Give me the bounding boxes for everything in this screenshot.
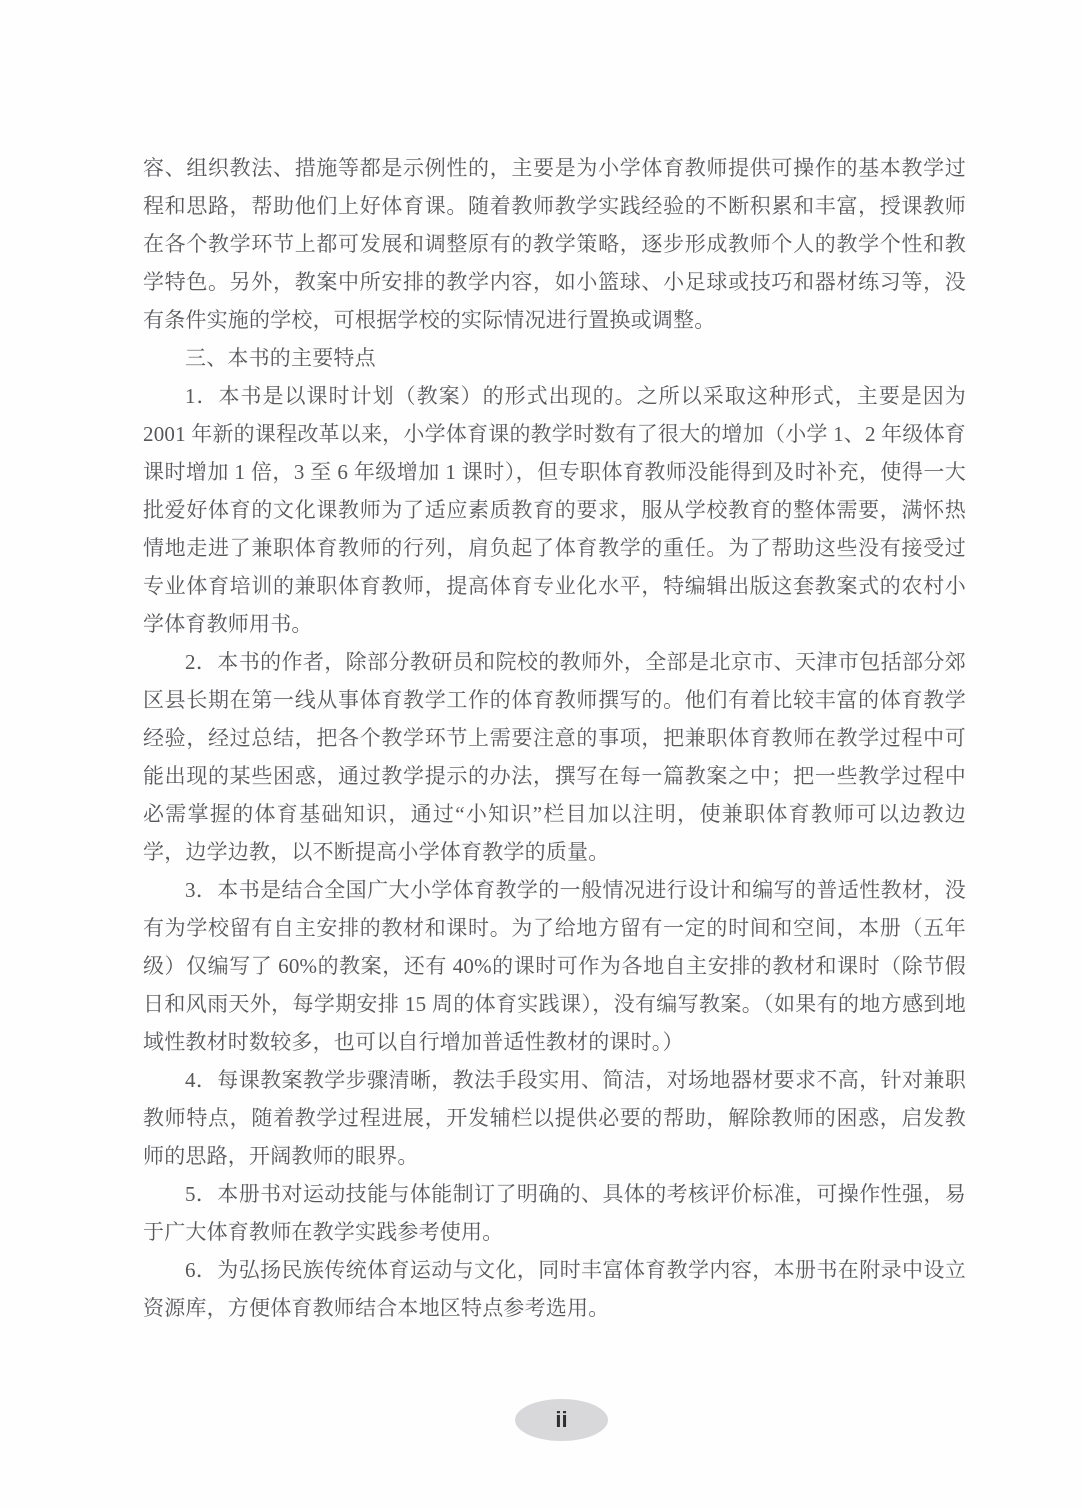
page-number-badge: ii — [515, 1399, 608, 1441]
paragraph-item-1: 1．本书是以课时计划（教案）的形式出现的。之所以采取这种形式，主要是因为 200… — [143, 377, 966, 643]
section-heading: 三、本书的主要特点 — [143, 339, 966, 377]
page-number: ii — [555, 1409, 567, 1431]
paragraph-continuation: 容、组织教法、措施等都是示例性的，主要是为小学体育教师提供可操作的基本教学过程和… — [143, 149, 966, 339]
paragraph-item-2: 2．本书的作者，除部分教研员和院校的教师外，全部是北京市、天津市包括部分郊区县长… — [143, 643, 966, 871]
body-text: 容、组织教法、措施等都是示例性的，主要是为小学体育教师提供可操作的基本教学过程和… — [143, 149, 966, 1327]
paragraph-item-3: 3．本书是结合全国广大小学体育教学的一般情况进行设计和编写的普适性教材，没有为学… — [143, 871, 966, 1061]
document-page: 容、组织教法、措施等都是示例性的，主要是为小学体育教师提供可操作的基本教学过程和… — [0, 0, 1082, 1508]
paragraph-item-5: 5．本册书对运动技能与体能制订了明确的、具体的考核评价标准，可操作性强，易于广大… — [143, 1175, 966, 1251]
paragraph-item-6: 6．为弘扬民族传统体育运动与文化，同时丰富体育教学内容，本册书在附录中设立资源库… — [143, 1251, 966, 1327]
paragraph-item-4: 4．每课教案教学步骤清晰，教法手段实用、简洁，对场地器材要求不高，针对兼职教师特… — [143, 1061, 966, 1175]
